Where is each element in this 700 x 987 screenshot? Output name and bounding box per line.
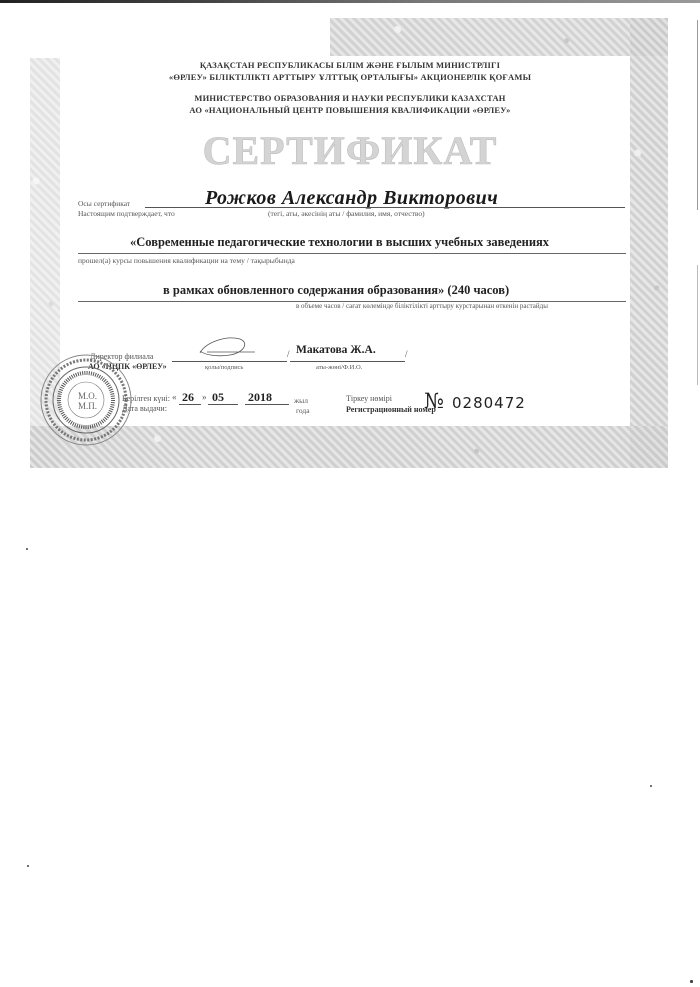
stamp-label-kz: М.О. — [78, 391, 97, 401]
day-underline — [179, 404, 201, 405]
month-underline — [208, 404, 238, 405]
header-ru-line-1: МИНИСТЕРСТВО ОБРАЗОВАНИЯ И НАУКИ РЕСПУБЛ… — [0, 93, 700, 103]
scan-speck — [26, 548, 28, 550]
header-kz-line-2: «ӨРЛЕУ» БІЛІКТІЛІКТІ АРТТЫРУ ҰЛТТЫҚ ОРТА… — [0, 72, 700, 82]
year-suffix-kz: жыл — [294, 396, 308, 405]
signer-name-line — [290, 361, 405, 362]
scan-right-edge — [697, 20, 698, 210]
signer-caption: аты-жөні/Ф.И.О. — [316, 364, 362, 371]
scan-speck — [690, 980, 693, 983]
signer-name: Макатова Ж.А. — [296, 344, 376, 356]
course-title-line-1: «Современные педагогические технологии в… — [130, 235, 549, 250]
number-sign: № — [424, 389, 444, 413]
course-caption: прошел(а) курсы повышения квалификации н… — [78, 256, 295, 265]
certificate-title: СЕРТИФИКАТ — [0, 127, 700, 174]
name-caption: (тегі, аты, әкесінің аты / фамилия, имя,… — [268, 209, 425, 218]
header-kz-line-1: ҚАЗАҚСТАН РЕСПУБЛИКАСЫ БІЛІМ ЖӘНЕ ҒЫЛЫМ … — [0, 60, 700, 70]
scan-top-edge — [0, 0, 700, 3]
hours-caption: в объеме часов / сағат көлемінде білікті… — [296, 302, 548, 310]
ornamental-border-top — [330, 18, 668, 56]
scan-right-edge — [697, 265, 698, 385]
ornamental-border-right — [630, 18, 668, 468]
issue-year: 2018 — [248, 390, 272, 405]
signature-caption: қолы/подпись — [205, 364, 243, 371]
year-suffix-ru: года — [296, 406, 310, 415]
scan-speck — [27, 865, 29, 867]
issue-date-label-kz: Берілген күні: — [122, 394, 170, 403]
reg-label-kz: Тіркеу нөмірі — [346, 394, 392, 403]
scan-speck — [650, 785, 652, 787]
issue-date-label-ru: Дата выдачи: — [122, 404, 167, 413]
intro-ru-label: Настоящим подтверждает, что — [78, 209, 175, 218]
year-underline — [245, 404, 289, 405]
reg-label-ru: Регистрационный номер — [346, 405, 436, 414]
stamp-label-ru: М.П. — [78, 401, 97, 411]
issue-day: 26 — [182, 390, 194, 405]
name-underline — [145, 207, 625, 208]
course-title-line-2: в рамках обновленного содержания образов… — [163, 283, 509, 298]
registration-number: 0280472 — [452, 394, 526, 412]
header-ru-line-2: АО «НАЦИОНАЛЬНЫЙ ЦЕНТР ПОВЫШЕНИЯ КВАЛИФИ… — [0, 105, 700, 115]
intro-kz-label: Осы сертификат — [78, 199, 130, 208]
course-underline-1 — [78, 253, 626, 254]
issue-month: 05 — [212, 390, 224, 405]
signature-mark — [195, 335, 265, 361]
signature-line — [172, 361, 287, 362]
